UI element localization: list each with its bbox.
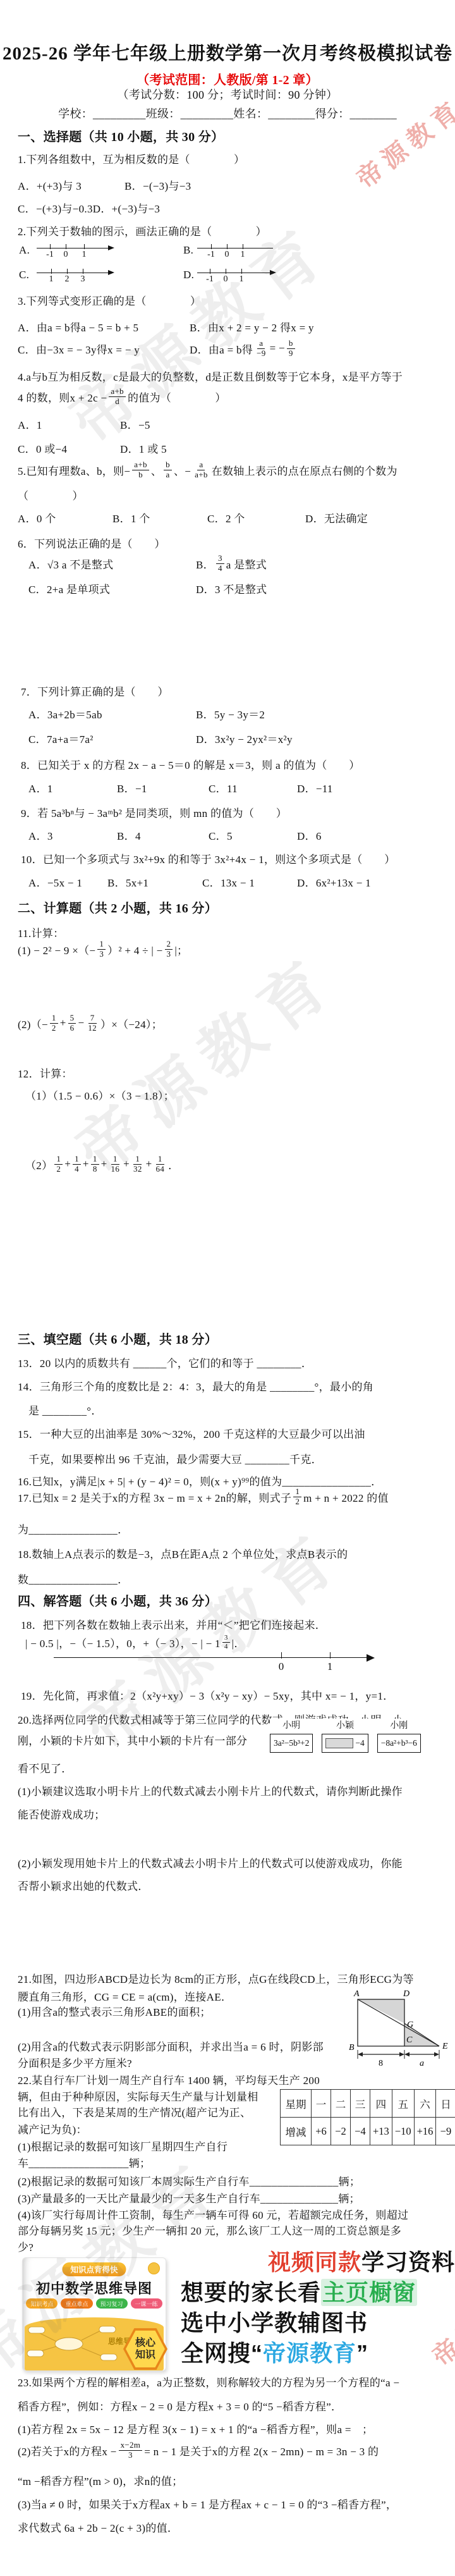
q9-option-b: B．4 (117, 827, 209, 843)
tick-label: 1 (49, 274, 54, 285)
q22-sub2: (2)根据记录的数据可知该厂本周实际生产自行车________________辆… (18, 2173, 360, 2188)
q11-p1-mid: ）² + 4 ÷ | − (107, 941, 162, 957)
cell: −2 (331, 2118, 351, 2145)
q6-options-cd: C．2+a 是单项式D．3 不是整式 (28, 580, 267, 596)
q11-p2-m2: − (78, 1017, 84, 1029)
tick (67, 269, 68, 274)
fraction: a−9 (255, 339, 267, 359)
tick-label: 0 (279, 1660, 284, 1673)
ad-line2-green: 主页橱窗 (321, 2279, 417, 2306)
q22-line2: 辆，但由于种种原因，实际每天生产量与计划量相 (18, 2088, 258, 2104)
tick (241, 269, 242, 274)
q18b-number-line: 01 (54, 1652, 373, 1671)
section2-heading: 二、计算题（共 2 小题，共 16 分） (18, 898, 217, 916)
number-line-b: -101 (197, 242, 273, 261)
q12-p2-pre: （2） (25, 1156, 52, 1172)
fraction: 12 (293, 1487, 301, 1507)
label-b: B (349, 2043, 355, 2052)
arrow-left-icon (358, 2052, 363, 2057)
q12-label: 12．计算： (18, 1065, 73, 1081)
q6-stem: 6．下列说法正确的是（ ） (18, 535, 166, 551)
ad-line1-black: 学习资料 (361, 2249, 455, 2275)
section1-heading: 一、选择题（共 10 小题，共 30 分） (18, 126, 224, 145)
q21-line2: 腰直角三角形，CG = CE = a(cm)，连接AE． (18, 1988, 232, 2004)
q2-label-b: B. (183, 244, 193, 257)
pill: 重点难点 (61, 2298, 92, 2309)
hexagon-text-1: 核心 (135, 2337, 155, 2349)
cell: 三 (351, 2090, 370, 2118)
q10-options: A．−5x − 1B．5x+1C．13x − 1D．6x²+13x − 1 (28, 874, 371, 890)
numerator: a (197, 460, 205, 470)
page-title: 2025-26 学年七年级上册数学第一次月考终极模拟试卷 (0, 39, 455, 65)
q4-option-a: A．1 (18, 416, 120, 432)
plus-sign: + (64, 1158, 71, 1170)
numerator: 1 (156, 1155, 164, 1165)
numerator: a+b (109, 387, 126, 397)
q15-line2: 千克，如果要榨出 96 千克油，最少需要大豆 ________千克． (28, 1451, 322, 1466)
tick (281, 1652, 282, 1659)
q8-options: A．1B．−1C．11D．−11 (28, 780, 333, 795)
q9-stem: 9．若 5a³bⁿ与 − 3aᵐb² 是同类项，则 mn 的值为（ ） (21, 804, 287, 820)
ad-line4-post: ” (356, 2340, 368, 2366)
denominator: −9 (255, 349, 267, 359)
q7-options-cd: C．7a+a＝7a²D．3x²y − 2yx²＝x²y (28, 730, 293, 746)
arrow-left-icon (404, 2052, 409, 2057)
q4-line2-post: 的值为（ ） (128, 389, 226, 405)
rail (37, 273, 112, 273)
q3-option-d-mid: = − (270, 342, 285, 355)
q11-p2-post: ）×（−24）； (100, 1015, 162, 1031)
tick-label: 1 (241, 250, 245, 260)
q6-option-d: D．3 不是整式 (196, 580, 267, 596)
mindmap-center (55, 2338, 83, 2350)
q3-option-b: B．由x + 2 = y − 2 得x = y (190, 319, 314, 334)
watermark-gray-2: 帝源教育 (54, 929, 353, 1191)
mindmap-node (28, 2327, 45, 2333)
plus-sign: + (101, 1158, 107, 1170)
q10-option-a: A．−5x − 1 (28, 874, 107, 890)
section3-heading: 三、填空题（共 6 小题，共 18 分） (18, 1329, 217, 1347)
q11-label: 11.计算： (18, 924, 64, 940)
q11-p2-m1: + (60, 1017, 66, 1029)
q8-stem: 8．已知关于 x 的方程 2x − a − 5＝0 的解是 x＝3，则 a 的值… (21, 756, 360, 772)
pill: 知识考点 (26, 2298, 58, 2309)
q11-part1: (1) − 2² − 9 ×（− 13 ）² + 4 ÷ | − 23 |； (18, 940, 188, 959)
tick (66, 244, 66, 249)
ad-line4-pre: 全网搜“ (181, 2340, 263, 2366)
arrow-right-icon (108, 270, 114, 275)
fraction: 116 (109, 1155, 122, 1174)
tick (226, 269, 226, 274)
q3-stem: 3.下列等式变形正确的是（ ） (18, 292, 201, 308)
q17-line1: 17.已知x = 2 是关于x的方程 3x − m = x + 2n的解，则式子… (18, 1487, 389, 1507)
q16-text: 16.已知x，y满足|x + 5| + (y − 4)² = 0，则(x + y… (18, 1473, 382, 1488)
q9-option-c: C．5 (209, 827, 297, 843)
q3-options-cd: C．由−3x = − 3y得x = − y D．由a = b得 a−9 = − … (18, 339, 297, 359)
q5-post: 在数轴上表示的点在原点右侧的个数为 (212, 462, 397, 478)
q8-option-b: B．−1 (117, 780, 209, 795)
cell: +6 (312, 2118, 331, 2145)
q23-sub3-line2: 求代数式 6a + 2b − 2(c + 3)的值． (18, 2519, 178, 2535)
cell: 日 (436, 2090, 455, 2118)
cell: 四 (370, 2090, 392, 2118)
numerator: a+b (132, 460, 149, 470)
tick-label: 3 (81, 274, 85, 285)
q4-option-c: C．0 或−4 (18, 440, 120, 456)
fraction: x−2m3 (119, 2441, 143, 2460)
card-xiaoying: 小颖 −4 (322, 1719, 368, 1753)
numerator: 1 (111, 1155, 119, 1165)
book-top-badge: 知识点背得快 (62, 2262, 126, 2276)
ad-line4-blue: 帝源教育 (263, 2340, 356, 2366)
q23-sub3-line1: (3)当a ≠ 0 时，如果关于x方程ax + b = 1 是方程ax + c … (18, 2496, 397, 2512)
denominator: 32 (131, 1165, 144, 1174)
q9-option-d: D．6 (297, 827, 322, 843)
fraction: 23 (165, 940, 173, 959)
fraction: a+bd (109, 387, 126, 407)
q5-mid1: 、 (151, 462, 162, 478)
ad-line1: 视频同款学习资料 (268, 2245, 455, 2277)
denominator: 4 (216, 564, 224, 573)
q22-line1: 22.某自行车厂计划一周生产自行车 1400 辆，平均每天生产 200 (18, 2071, 320, 2087)
denominator: 9 (287, 349, 295, 359)
q3-option-a: A．由a = b得a − 5 = b + 5 (18, 319, 190, 334)
fraction: aa+b (193, 460, 210, 480)
numerator: a (257, 339, 265, 349)
tick (210, 269, 210, 274)
card-name: 小明 (270, 1719, 313, 1731)
denominator: 12 (86, 1024, 99, 1033)
q22-sub4-line1: (4)该厂实行每周计件工资制，每生产一辆车可得 60 元，若超额完成任务，则超过 (18, 2206, 408, 2222)
cell: 增减 (281, 2118, 312, 2145)
q4-options-ab: A．1B．−5 (18, 416, 150, 432)
q5-option-a: A．0 个 (18, 510, 112, 525)
q10-option-b: B．5x+1 (107, 874, 202, 890)
q21-geometry-figure: A D G B C E 8 a (344, 1977, 455, 2069)
numerator: 5 (68, 1014, 76, 1024)
plus-sign: + (83, 1158, 89, 1170)
tick-label: 1 (327, 1660, 333, 1673)
q19-text: 19．先化简，再求值：2（x²y+xy）− 3（x²y − xy）− 5xy，其… (21, 1687, 394, 1703)
q5-stem: 5.已知有理数a、b，则− a+bb 、 ba 、− aa+b 在数轴上表示的点… (18, 460, 397, 480)
number-line-c: 123 (37, 267, 112, 286)
denominator: 6 (68, 1024, 76, 1033)
denominator: 2 (50, 1024, 58, 1033)
label-e: E (442, 2042, 448, 2051)
q10-option-c: C．13x − 1 (202, 874, 297, 890)
card-xiaoming: 小明 3a²−5b³+2 (270, 1719, 313, 1753)
numerator: 2 (165, 940, 173, 950)
q23-sub2-pre: (2)若关于x的方程x − (18, 2443, 117, 2458)
q6-option-c: C．2+a 是单项式 (28, 580, 196, 596)
q14-line2: 是 ________°． (28, 1402, 102, 1418)
q23-sub2-line1: (2)若关于x的方程x − x−2m3 = n − 1 是关于x的方程 2(x … (18, 2441, 379, 2460)
numerator: 3 (216, 554, 224, 564)
fraction: 34 (216, 554, 224, 573)
denominator: 3 (126, 2451, 135, 2460)
hidden-part-box (325, 1738, 353, 1748)
book-title: 初中数学思维导图 (23, 2278, 166, 2298)
denominator: 3 (97, 950, 106, 959)
q7-options-ab: A．3a+2b＝5abB．5y − 3y＝2 (28, 706, 265, 721)
label-a-length: a (420, 2059, 424, 2068)
q6-option-a: A．√3 a 不是整式 (28, 556, 196, 572)
q9-option-a: A．3 (28, 827, 117, 843)
tick-label: -1 (206, 274, 214, 285)
tick (83, 269, 83, 274)
student-fields: 学校：_________班级：_________姓名：________得分：__… (0, 105, 455, 121)
card-name: 小刚 (377, 1719, 421, 1731)
card-expression: 3a²−5b³+2 (274, 1738, 309, 1748)
ad-line4: 全网搜“帝源教育” (181, 2336, 368, 2368)
numerator: 1 (293, 1487, 301, 1497)
denominator: d (113, 397, 121, 407)
numerator: b (164, 460, 172, 470)
q5-option-c: C．2 个 (207, 510, 305, 525)
card-expression: −8a²+b³−6 (381, 1738, 417, 1748)
q21-sub2-line1: (2)用含a的代数式表示阴影部分面积，并求出当a = 6 时，阴影部 (18, 2038, 324, 2054)
core-knowledge-hexagon-badge: 核心 知识 (123, 2327, 167, 2371)
q23-sub2-post: = n − 1 是关于x的方程 2(x − 2mn) − m = 3n − 3 … (144, 2443, 379, 2458)
numerator: 1 (54, 1155, 63, 1165)
q20-line2: 刚，小颖的卡片如下，其中小颖的卡片有一部分 (18, 1732, 247, 1748)
numerator: 1 (133, 1155, 142, 1165)
table-row-delta: 增减 +6 −2 −4 +13 −10 +16 −9 (281, 2118, 455, 2145)
cell: 一 (312, 2090, 331, 2118)
exam-info: （考试分数：100 分；考试时间：90 分钟） (0, 86, 455, 102)
tick (243, 244, 243, 249)
q11-part2: (2)（− 12 + 56 − 712 ）×（−24）； (18, 1014, 162, 1033)
fraction: 712 (86, 1014, 99, 1033)
q2-label-c: C. (19, 269, 29, 281)
q12-p2-end: ． (168, 1156, 179, 1172)
q12-part1: （1）（1.5 − 0.6）×（3 − 1.8）； (25, 1087, 174, 1103)
q22-sub1-line1: (1)根据记录的数据可知该厂星期四生产自行 (18, 2138, 227, 2154)
exam-scope: （考试范围：人教版/第 1-2 章） (0, 70, 455, 88)
cell: −9 (436, 2118, 455, 2145)
q4-line2: 4 的数，则x + 2c − a+bd 的值为（ ） (18, 387, 226, 407)
q23-sub2-line2: “m −稻香方程”(m > 0)，求n的值； (18, 2472, 183, 2488)
tick-label: 1 (82, 250, 87, 260)
q1-options-ab: A．+(+3)与 3B．−(−3)与−3 (18, 177, 191, 193)
q18b-values-pre: | − 0.5 |，−（− 1.5），0，+（− 3），− | − 1 (25, 1635, 221, 1650)
cell: +13 (370, 2118, 392, 2145)
label-c: C (406, 2035, 413, 2045)
q4-line2-pre: 4 的数，则x + 2c − (18, 389, 107, 405)
q5-paren: （ ） (18, 487, 83, 503)
q18b-values-post: |． (232, 1635, 245, 1650)
q4-options-cd: C．0 或−4D．1 或 5 (18, 440, 167, 456)
cell: 五 (392, 2090, 414, 2118)
numerator: 7 (88, 1014, 97, 1024)
tick (50, 244, 51, 249)
q18b-stem: 18．把下列各数在数轴上表示出来，并用“＜”把它们连接起来． (21, 1616, 326, 1632)
card-expression: −4 (355, 1738, 364, 1748)
q6-option-b-post: a 是整式 (226, 556, 267, 572)
q4-line1: 4.a与b互为相反数，c是最大的负整数，d是正数且倒数等于它本身，x是平方等于 (18, 368, 403, 384)
fraction: ba (164, 460, 172, 480)
q7-option-b: B．5y − 3y＝2 (196, 706, 265, 721)
tick-label: 0 (224, 274, 228, 285)
q22-sub3: (3)产量最多的一天比产量最少的一天多生产自行车______________辆； (18, 2190, 360, 2205)
q8-option-c: C．11 (209, 780, 297, 795)
q17-line2: 为________________． (18, 1521, 128, 1536)
tick-label: -1 (46, 250, 54, 260)
denominator: 16 (109, 1165, 122, 1174)
ad-line3: 选中小学教辅图书 (181, 2305, 368, 2338)
q18a-line1: 18.数轴上A点表示的数是−3，点B在距A点 2 个单位处，求点B表示的 (18, 1545, 348, 1561)
card-xiaogang: 小刚 −8a²+b³−6 (377, 1719, 421, 1753)
rail (37, 248, 112, 248)
fraction: 12 (54, 1155, 63, 1174)
tick-label: 0 (64, 250, 68, 260)
mindmap-node (99, 2326, 116, 2333)
denominator: a+b (193, 470, 210, 480)
fraction: 164 (154, 1155, 167, 1174)
q23-line2: 稻香方程”，例如：方程x − 2 = 0 是方程x + 3 = 0 的“5 −稻… (18, 2398, 342, 2413)
q3-option-c: C．由−3x = − 3y得x = − y (18, 341, 190, 357)
card-name: 小颖 (322, 1719, 368, 1731)
denominator: a (164, 470, 171, 480)
q20-cards: 小明 3a²−5b³+2 小颖 −4 小刚 −8a²+b³−6 (270, 1719, 421, 1753)
q20-sub2-line2: 否帮小颖求出她的代数式． (18, 1877, 149, 1893)
label-g: G (407, 2020, 413, 2030)
tick (211, 244, 212, 249)
numerator: 1 (50, 1014, 58, 1024)
q1-option-b: B．−(−3)与−3 (124, 177, 191, 193)
q10-option-d: D．6x²+13x − 1 (297, 874, 371, 890)
q3-options-ab: A．由a = b得a − 5 = b + 5B．由x + 2 = y − 2 得… (18, 319, 314, 334)
denominator: 4 (73, 1165, 81, 1174)
plus-sign: + (146, 1158, 152, 1170)
fraction: 12 (50, 1014, 58, 1033)
q3-option-d-pre: D．由a = b得 (190, 341, 253, 357)
mindmap-node (27, 2350, 44, 2357)
denominator: b (136, 470, 145, 480)
numerator: 1 (91, 1155, 99, 1165)
q8-option-a: A．1 (28, 780, 117, 795)
q2-label-a: A. (19, 244, 30, 257)
arrow-right-icon (434, 2052, 439, 2057)
q1-stem: 1.下列各组数中，互为相反数的是（ ） (18, 150, 245, 166)
rail (197, 248, 273, 248)
cell: 二 (331, 2090, 351, 2118)
branch (82, 2330, 102, 2340)
q20-sub1-line2: 能否使游戏成功； (18, 1806, 105, 1822)
denominator: 4 (222, 1643, 230, 1651)
tick-label: 1 (240, 274, 244, 285)
cell: 星期 (281, 2090, 312, 2118)
q5-options: A．0 个B．1 个C．2 个D．无法确定 (18, 510, 368, 525)
denominator: 3 (165, 950, 173, 959)
tick (84, 244, 85, 249)
tick (51, 269, 52, 274)
section4-heading: 四、解答题（共 6 小题，共 36 分） (18, 1591, 217, 1609)
q7-option-c: C．7a+a＝7a² (28, 730, 196, 746)
cell: +16 (414, 2118, 436, 2145)
tick-label: 0 (225, 250, 229, 260)
q13-text: 13．20 以内的质数共有 ______个，它们的和等于 ________． (18, 1354, 312, 1370)
tick (227, 244, 227, 249)
q20-sub2-line1: (2)小颖发现用她卡片上的代数式减去小明卡片上的代数式可以使游戏成功，你能 (18, 1855, 403, 1870)
cell: 六 (414, 2090, 436, 2118)
arrow-right-icon (108, 245, 114, 250)
q7-option-d: D．3x²y − 2yx²＝x²y (196, 730, 293, 746)
q5-pre: 5.已知有理数a、b，则− (18, 462, 130, 478)
q23-line1: 23.如果两个方程的解相差a，a为正整数，则称解较大的方程为另一个方程的“a − (18, 2374, 399, 2389)
q1-options-cd: C．−(+3)与−0.3D．+(−3)与−3 (18, 200, 160, 216)
q22-production-table: 星期 一 二 三 四 五 六 日 增减 +6 −2 −4 +13 −10 +16… (280, 2089, 455, 2145)
tick-label: 2 (65, 274, 70, 285)
q4-option-b: B．−5 (120, 416, 150, 432)
arrow-right-icon (367, 1654, 375, 1662)
q22-sub4-line3: 少? (18, 2238, 33, 2254)
tick-label: -1 (207, 250, 215, 260)
q10-stem: 10．已知一个多项式与 3x²+9x 的和等于 3x²+4x − 1，则这个多项… (21, 850, 396, 866)
label-8: 8 (379, 2059, 383, 2068)
numerator: 1 (73, 1155, 81, 1165)
q6-option-b-pre: B． (196, 556, 214, 572)
fraction: 18 (91, 1155, 99, 1174)
q11-p1-pre: (1) − 2² − 9 ×（− (18, 941, 95, 957)
q7-stem: 7．下列计算正确的是（ ） (21, 683, 169, 699)
fraction: b9 (287, 339, 295, 359)
plus-sign: + (123, 1158, 130, 1170)
numerator: 3 (222, 1634, 230, 1643)
q11-p1-post: |； (174, 941, 188, 957)
label-d: D (403, 1989, 409, 1999)
q9-options: A．3B．4C．5D．6 (28, 827, 322, 843)
arrow-right-icon (270, 270, 276, 275)
label-a: A (353, 1989, 360, 1999)
q17-pre: 17.已知x = 2 是关于x的方程 3x − m = x + 2n的解，则式子 (18, 1489, 291, 1505)
hexagon-text-2: 知识 (135, 2349, 155, 2361)
denominator: 2 (54, 1165, 63, 1174)
watermark-red-bottom: 帝源教育 (423, 2267, 455, 2373)
q18a-line2: 数________________． (18, 1571, 128, 1586)
q1-option-a: A．+(+3)与 3 (18, 177, 124, 193)
numerator: 1 (97, 940, 106, 950)
tick (330, 1652, 331, 1659)
rail (54, 1657, 373, 1658)
q20-sub1-line1: (1)小颖建议选取小明卡片上的代数式减去小刚卡片上的代数式，请你判断此操作 (18, 1782, 403, 1798)
q8-option-d: D．−11 (297, 780, 333, 795)
q22-sub4-line2: 部分每辆另奖 15 元；少生产一辆扣 20 元，那么该厂工人这一周的工资总额是多 (18, 2222, 401, 2238)
q7-option-a: A．3a+2b＝5ab (28, 706, 196, 721)
pill: 预习复习 (96, 2298, 128, 2309)
q2-label-d: D. (183, 269, 194, 281)
table-row-weekday: 星期 一 二 三 四 五 六 日 (281, 2090, 455, 2118)
arrow-right-icon (399, 2052, 404, 2057)
denominator: 2 (293, 1497, 301, 1507)
q14-line1: 14．三角形三个角的度数比是 2：4：3，最大的角是 ________°，最小的… (18, 1378, 373, 1394)
branch (82, 2348, 103, 2357)
fraction: 132 (131, 1155, 144, 1174)
q2-stem: 2.下列关于数轴的图示，画法正确的是（ ） (18, 223, 267, 238)
exam-paper-page: 帝源教育 帝源教育 帝源教育 帝源教育 帝源教育 帝源教育 2025-26 学年… (0, 0, 455, 2576)
pill: 一课一练 (131, 2298, 162, 2309)
q21-sub2-line2: 分面积是多少平方厘米? (18, 2054, 132, 2070)
fraction: 14 (73, 1155, 81, 1174)
q5-option-d: D．无法确定 (305, 510, 368, 525)
q11-p2-pre: (2)（− (18, 1015, 48, 1031)
q20-line3: 看不见了． (18, 1760, 73, 1776)
q17-post: m + n + 2022 的值 (303, 1489, 389, 1505)
fraction: 56 (68, 1014, 76, 1033)
q12-part2: （2） 12 + 14 + 18 + 116 + 132 + 164 ． (25, 1155, 179, 1174)
cell: −4 (351, 2118, 370, 2145)
cell: −10 (392, 2118, 414, 2145)
